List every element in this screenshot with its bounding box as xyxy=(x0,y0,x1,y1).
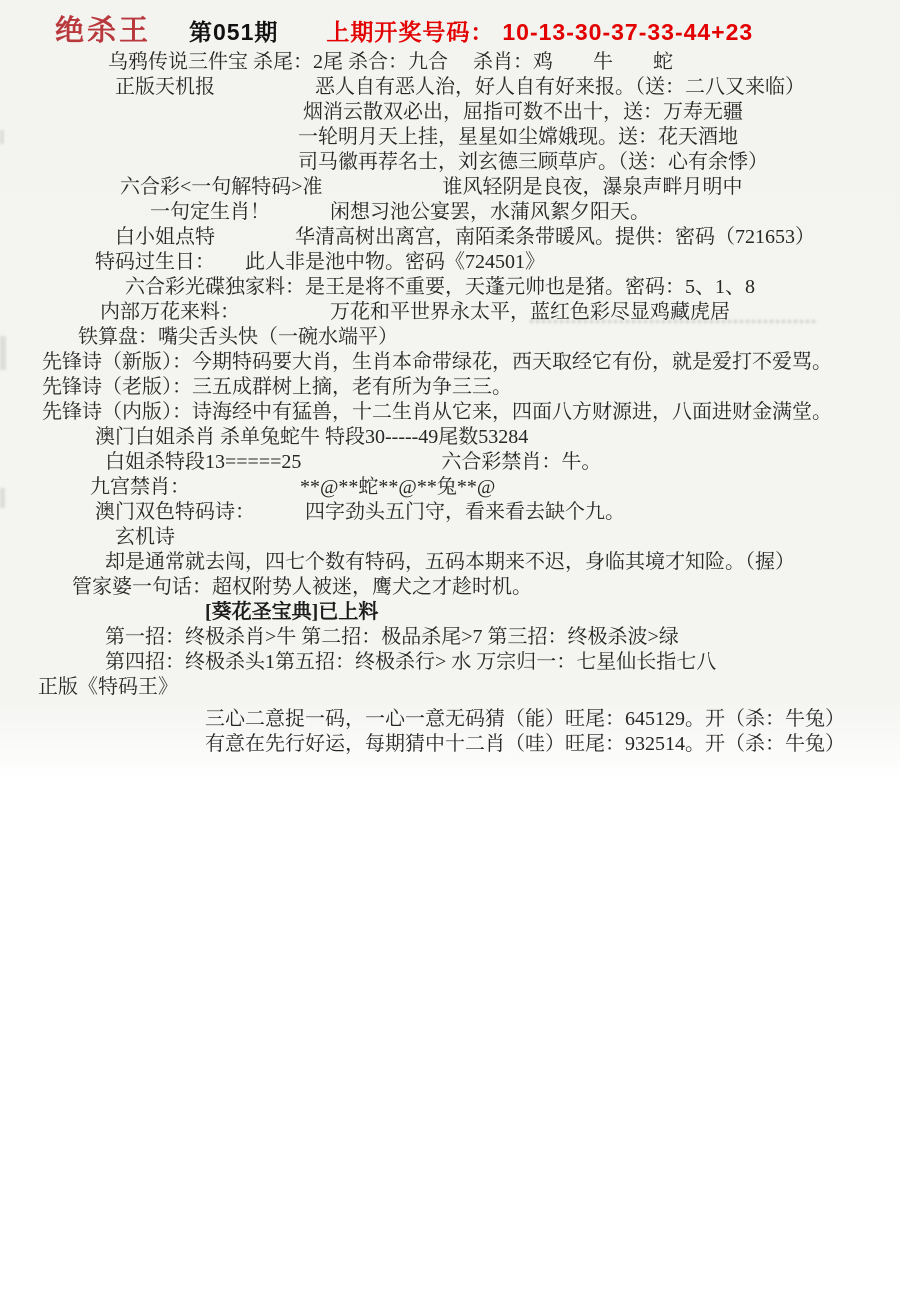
last-draw-result: 上期开奖号码：10-13-30-37-33-44+23 xyxy=(326,14,753,47)
page-header: 绝杀王 第051期 上期开奖号码：10-13-30-37-33-44+23 xyxy=(0,0,900,48)
scan-edge-artifact xyxy=(0,130,4,144)
content-line: 先锋诗（内版）：诗海经中有猛兽，十二生肖从它来，四面八方财源进，八面进财金满堂。 xyxy=(42,400,900,425)
content-body: 乌鸦传说三件宝 杀尾：2尾 杀合：九合 杀肖：鸡 牛 蛇 正版天机报 恶人自有恶… xyxy=(0,48,900,757)
content-line: 管家婆一句话：超权附势人被迷，鹰犬之才趁时机。 xyxy=(72,575,900,600)
last-draw-numbers: 10-13-30-37-33-44+23 xyxy=(502,19,753,45)
content-line: 烟消云散双必出，屈指可数不出十，送：万寿无疆 xyxy=(303,100,900,125)
content-line: 第四招：终极杀头1第五招：终极杀行> 水 万宗归一：七星仙长指七八 xyxy=(105,650,900,675)
faded-erased-text-artifact xyxy=(530,311,815,323)
tip-sheet-page: 绝杀王 第051期 上期开奖号码：10-13-30-37-33-44+23 乌鸦… xyxy=(0,0,900,1292)
content-line: 司马徽再荐名士，刘玄德三顾草庐。（送：心有余悸） xyxy=(298,150,900,175)
content-line: 澳门双色特码诗： 四字劲头五门守，看来看去缺个九。 xyxy=(95,500,900,525)
content-line: 六合彩<一句解特码>准 谁风轻阴是良夜，瀑泉声畔月明中 xyxy=(120,175,900,200)
content-line: 三心二意捉一码，一心一意无码猜（能）旺尾：645129。开（杀：牛兔） xyxy=(205,707,900,732)
content-line: 六合彩光碟独家料：是王是将不重要，天蓬元帅也是猪。密码：5、1、8 xyxy=(125,275,900,300)
content-line: 却是通常就去闯，四七个数有特码，五码本期来不迟，身临其境才知险。（握） xyxy=(105,550,900,575)
last-draw-label: 上期开奖号码： xyxy=(326,19,494,45)
content-line: 玄机诗 xyxy=(115,525,900,550)
content-line: 先锋诗（老版）：三五成群树上摘，老有所为争三三。 xyxy=(42,375,900,400)
content-line: 九宫禁肖： **@**蛇**@**兔**@ xyxy=(90,475,900,500)
content-line: 一句定生肖！ 闲想习池公宴罢，水蒲风絮夕阳天。 xyxy=(150,200,900,225)
content-line: 白小姐点特 华清高树出离宫，南陌柔条带暖风。提供：密码（721653） xyxy=(115,225,900,250)
content-line: 正版《特码王》 xyxy=(38,675,900,700)
content-line: 铁算盘：嘴尖舌头快（一碗水端平） xyxy=(78,325,900,350)
brand-title: 绝杀王 xyxy=(55,8,151,49)
content-line: 澳门白姐杀肖 杀单兔蛇牛 特段30-----49尾数53284 xyxy=(95,425,900,450)
scan-edge-artifact xyxy=(0,488,5,508)
content-line: 乌鸦传说三件宝 杀尾：2尾 杀合：九合 杀肖：鸡 牛 蛇 xyxy=(108,50,900,75)
issue-number: 第051期 xyxy=(189,14,278,47)
content-line: 白姐杀特段13=====25 六合彩禁肖：牛。 xyxy=(105,450,900,475)
content-line: 特码过生日： 此人非是池中物。密码《724501》 xyxy=(95,250,900,275)
scan-edge-artifact xyxy=(0,336,6,370)
content-line: [葵花圣宝典]已上料 xyxy=(205,600,900,625)
content-line: 正版天机报 恶人自有恶人治，好人自有好来报。（送：二八又来临） xyxy=(115,75,900,100)
content-line: 一轮明月天上挂，星星如尘嫦娥现。送：花天酒地 xyxy=(298,125,900,150)
content-line: 第一招：终极杀肖>牛 第二招：极品杀尾>7 第三招：终极杀波>绿 xyxy=(105,625,900,650)
content-line: 先锋诗（新版）：今期特码要大肖，生肖本命带绿花，西天取经它有份，就是爱打不爱骂。 xyxy=(42,350,900,375)
content-line: 有意在先行好运，每期猜中十二肖（哇）旺尾：932514。开（杀：牛兔） xyxy=(205,732,900,757)
